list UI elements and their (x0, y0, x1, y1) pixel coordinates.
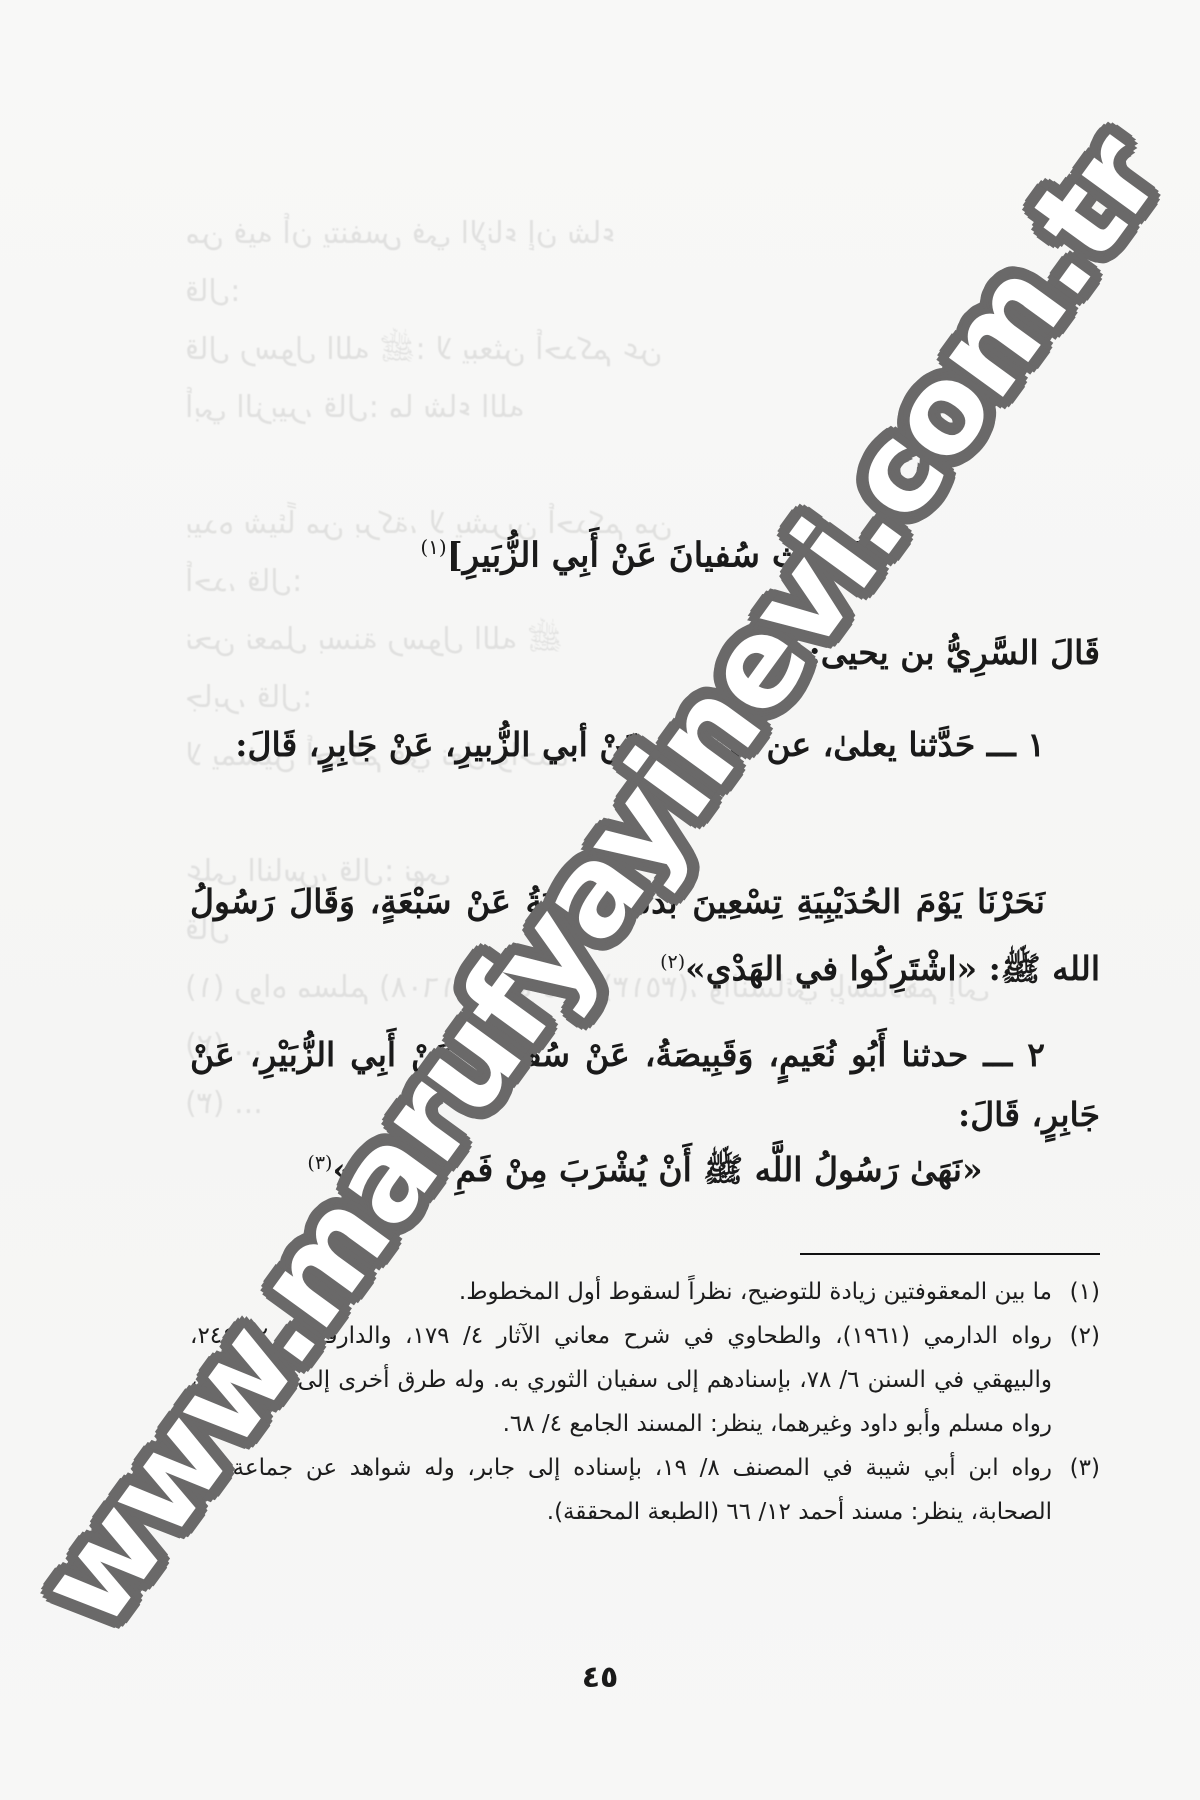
footnote-number: (٣) (1052, 1446, 1100, 1490)
narrator-line: قَالَ السَّرِيُّ بن يحيى: (809, 633, 1100, 672)
hadith-1-isnad: ١ ـــ حَدَّثنا يعلىٰ، عن سُفيانَ، عَنْ أ… (190, 715, 1100, 775)
footnote-3: (٣) رواه ابن أبي شيبة في المصنف ٨/ ١٩، ب… (190, 1446, 1100, 1534)
hadith-2-isnad: ٢ ـــ حدثنا أَبُو نُعَيمٍ، وَقَبِيصَةُ، … (190, 1025, 1100, 1145)
matn-text: نَحَرْنَا يَوْمَ الحُدَيْبِيَةِ تِسْعِين… (190, 882, 1100, 988)
hadith-number: ١ (1027, 725, 1045, 764)
isnad-text: حَدَّثنا يعلىٰ، عن سُفيانَ، عَنْ أبي الز… (235, 725, 975, 764)
footnote-2: (٢) رواه الدارمي (١٩٦١)، والطحاوي في شرح… (190, 1314, 1100, 1446)
bleed-line: أبي الزبير، قال: ما شاء الله (185, 379, 1105, 437)
dash: ـــ (987, 725, 1016, 764)
footnote-ref: (٣) (307, 1152, 332, 1174)
footnote-separator (800, 1253, 1100, 1255)
hadith-2-matn: «نَهَىٰ رَسُولُ اللَّه ﷺ أَنْ يُشْرَبَ م… (190, 1150, 1100, 1198)
footnote-1: (١) ما بين المعقوفتين زيادة للتوضيح، نظر… (190, 1270, 1100, 1314)
footnote-text: رواه الدارمي (١٩٦١)، والطحاوي في شرح معا… (190, 1314, 1052, 1446)
hadith-number: ٢ (1027, 1035, 1045, 1074)
book-page: من فيه أن يتنفس في الإناء إن شاء قال: قا… (0, 0, 1200, 1800)
footnotes: (١) ما بين المعقوفتين زيادة للتوضيح، نظر… (190, 1270, 1100, 1534)
footnote-number: (١) (1052, 1270, 1100, 1314)
matn-text: «نَهَىٰ رَسُولُ اللَّه ﷺ أَنْ يُشْرَبَ م… (332, 1150, 982, 1189)
footnote-ref: (٢) (660, 951, 685, 973)
hadith-1-matn: نَحَرْنَا يَوْمَ الحُدَيْبِيَةِ تِسْعِين… (190, 872, 1100, 999)
bleed-line: قال رسول الله ﷺ: لا يبعثن أحدكم عن (185, 321, 1105, 379)
dash: ـــ (983, 1035, 1012, 1074)
isnad-text: حدثنا أَبُو نُعَيمٍ، وَقَبِيصَةُ، عَنْ س… (190, 1035, 1100, 1134)
footnote-text: ما بين المعقوفتين زيادة للتوضيح، نظراً ل… (190, 1270, 1052, 1314)
footnote-text: رواه ابن أبي شيبة في المصنف ٨/ ١٩، بإسنا… (190, 1446, 1052, 1534)
bleed-line: قال: (185, 263, 1105, 321)
page-number: ٤٥ (0, 1660, 1200, 1695)
chapter-title-text: [حديثِ سُفيانَ عَنْ أَبِي الزُّبَيرِ] (447, 535, 870, 575)
bleed-line: من فيه أن يتنفس في الإناء إن شاء (185, 205, 1105, 263)
chapter-title: [حديثِ سُفيانَ عَنْ أَبِي الزُّبَيرِ](١) (190, 535, 1100, 575)
footnote-ref: (١) (420, 535, 446, 559)
footnote-number: (٢) (1052, 1314, 1100, 1358)
